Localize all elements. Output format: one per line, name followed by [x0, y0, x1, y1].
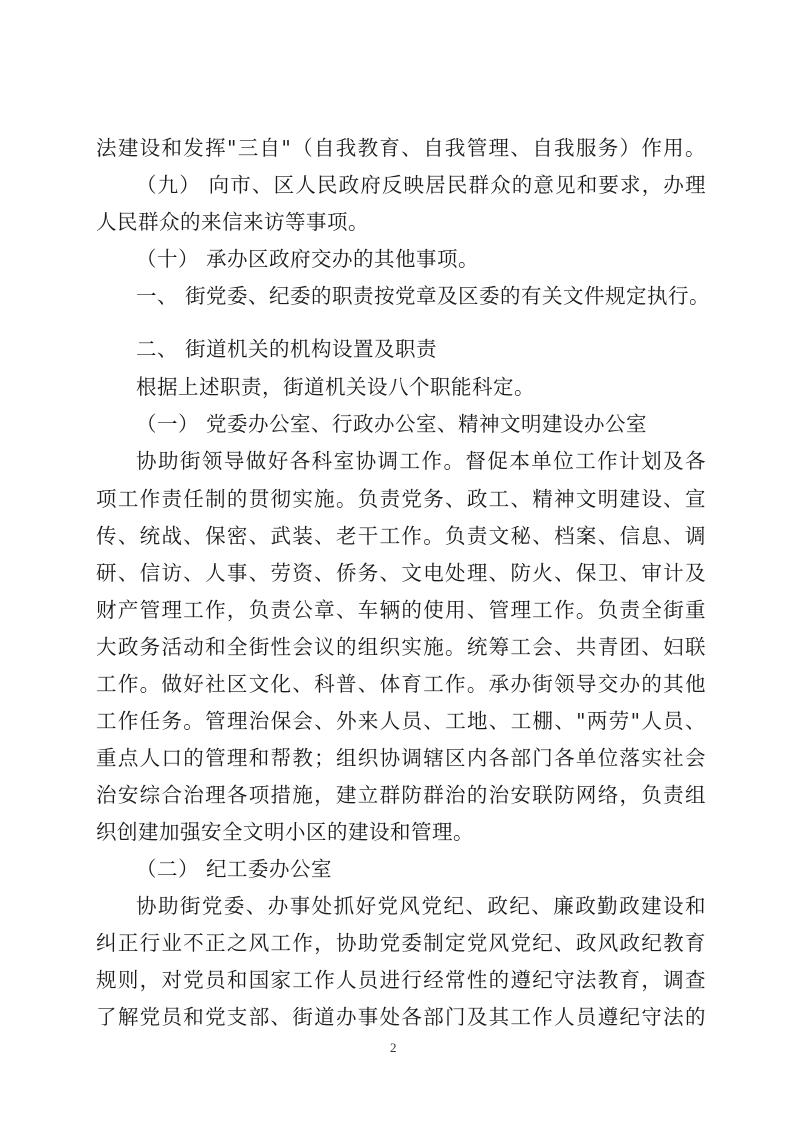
text-line: （九） 向市、区人民政府反映居民群众的意见和要求，办理: [136, 173, 706, 197]
text-line: 根据上述职责，街道机关设八个职能科定。: [136, 375, 706, 399]
text-line: 治安综合治理各项措施，建立群防群治的治安联防网络，负责组: [96, 783, 706, 807]
text-line: 工作任务。管理治保会、外来人员、工地、工棚、"两劳"人员、: [96, 709, 706, 733]
page-number: 2: [390, 1040, 397, 1056]
text-line: 传、统战、保密、武装、老干工作。负责文秘、档案、信息、调: [96, 524, 706, 548]
text-line: 财产管理工作，负责公章、车辆的使用、管理工作。负责全街重: [96, 598, 706, 622]
text-line: 协助街党委、办事处抓好党风党纪、政纪、廉政勤政建设和: [136, 894, 706, 918]
text-line: 规则，对党员和国家工作人员进行经常性的遵纪守法教育，调查: [96, 968, 706, 992]
document-page: 法建设和发挥"三自"（自我教育、自我管理、自我服务）作用。（九） 向市、区人民政…: [0, 0, 793, 1122]
text-line: （一） 党委办公室、行政办公室、精神文明建设办公室: [136, 412, 706, 436]
text-line: 工作。做好社区文化、科普、体育工作。承办街领导交办的其他: [96, 672, 706, 696]
text-line: 研、信访、人事、劳资、侨务、文电处理、防火、保卫、审计及: [96, 561, 706, 585]
text-line: 法建设和发挥"三自"（自我教育、自我管理、自我服务）作用。: [96, 136, 706, 160]
text-line: 织创建加强安全文明小区的建设和管理。: [96, 820, 706, 844]
text-line: 一、 街党委、纪委的职责按党章及区委的有关文件规定执行。: [136, 284, 706, 308]
text-line: 纠正行业不正之风工作，协助党委制定党风党纪、政风政纪教育: [96, 931, 706, 955]
text-line: （十） 承办区政府交办的其他事项。: [136, 247, 706, 271]
text-line: 人民群众的来信来访等事项。: [96, 210, 706, 234]
text-line: （二） 纪工委办公室: [136, 857, 706, 881]
text-line: 重点人口的管理和帮教；组织协调辖区内各部门各单位落实社会: [96, 746, 706, 770]
text-line: 项工作责任制的贯彻实施。负责党务、政工、精神文明建设、宣: [96, 487, 706, 511]
text-line: 了解党员和党支部、街道办事处各部门及其工作人员遵纪守法的: [96, 1005, 706, 1029]
text-line: 协助街领导做好各科室协调工作。督促本单位工作计划及各: [136, 449, 706, 473]
text-line: 二、 街道机关的机构设置及职责: [136, 337, 706, 361]
text-line: 大政务活动和全街性会议的组织实施。统筹工会、共青团、妇联: [96, 635, 706, 659]
